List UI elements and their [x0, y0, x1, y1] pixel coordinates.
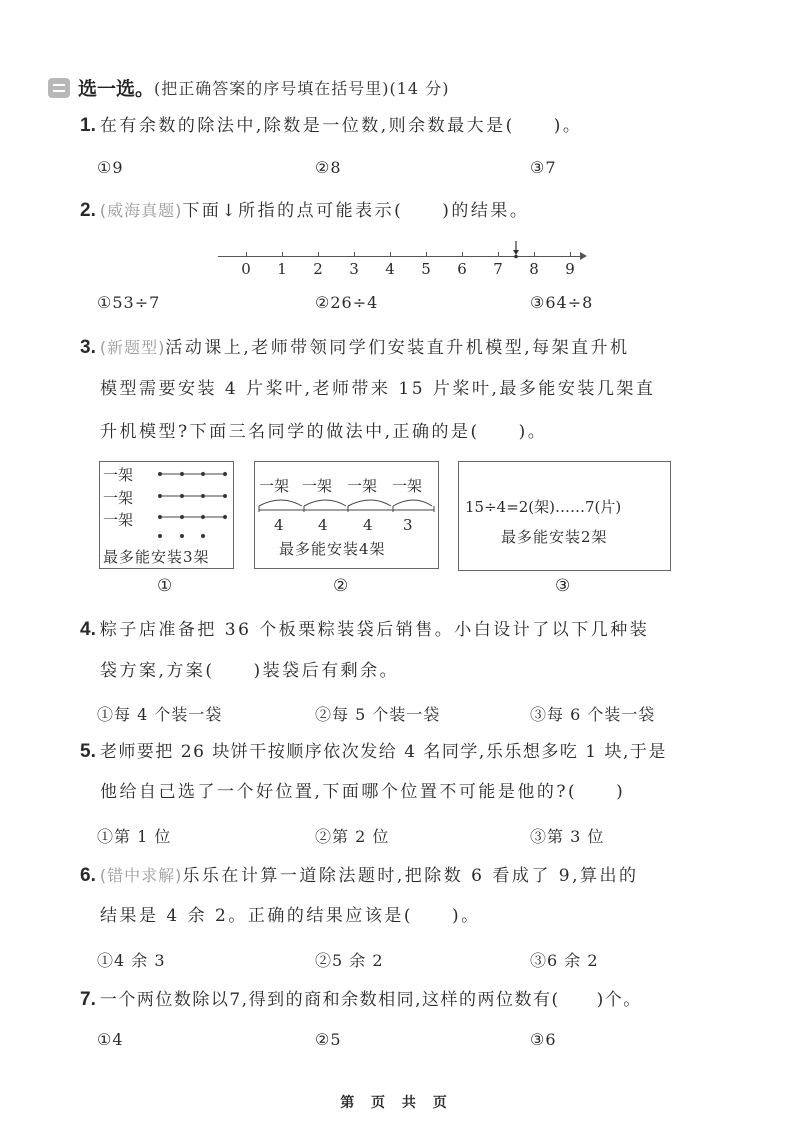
question-text: 老师要把 26 块饼干按顺序依次发给 4 名同学,乐乐想多吃 1 块,于是 [100, 742, 667, 762]
question-text: 在有余数的除法中,除数是一位数,则余数最大是( )。 [100, 116, 583, 136]
tick-label: 3 [344, 260, 364, 278]
group-label: 一架 [392, 475, 422, 496]
section-number-badge [48, 78, 70, 98]
tick [318, 252, 319, 257]
option-1[interactable]: ①每 4 个装一袋 [97, 702, 222, 725]
option-2[interactable]: ②8 [315, 158, 342, 177]
question-text-line: 他给自己选了一个好位置,下面哪个位置不可能是他的?( ) [100, 784, 625, 801]
figure-label[interactable]: ③ [555, 576, 570, 596]
question-text: 粽子店准备把 36 个板栗粽装袋后销售。小白设计了以下几种装 [100, 620, 649, 640]
tick [498, 252, 499, 257]
question-text-line: 模型需要安装 4 片桨叶,老师带来 15 片桨叶,最多能安装几架直 [100, 381, 655, 398]
option-1[interactable]: ①53÷7 [97, 293, 160, 312]
section-header: 选一选。 (把正确答案的序号填在括号里)(14 分) [48, 74, 449, 101]
option-2[interactable]: ②每 5 个装一袋 [315, 702, 440, 725]
group-count: 3 [403, 516, 413, 534]
question-text: 一个两位数除以7,得到的商和余数相同,这样的两位数有( )个。 [100, 990, 642, 1010]
question-number: 3. [80, 337, 96, 358]
option-1[interactable]: ①4 [97, 1030, 124, 1049]
group-count: 4 [318, 516, 328, 534]
question-1: 1.在有余数的除法中,除数是一位数,则余数最大是( )。 [80, 116, 582, 135]
figure-caption: 最多能安装2架 [501, 526, 608, 547]
figure-caption: 最多能安装3架 [103, 546, 210, 567]
question-number: 5. [80, 741, 96, 762]
group-label: 一架 [302, 475, 332, 496]
tick-label: 9 [560, 260, 580, 278]
group-label: 一架 [347, 475, 377, 496]
tick [426, 252, 427, 257]
option-1[interactable]: ①4 余 3 [97, 948, 166, 971]
option-2[interactable]: ②第 2 位 [315, 824, 389, 847]
question-text-line: 升机模型?下面三名同学的做法中,正确的是( )。 [100, 424, 547, 441]
tick [570, 252, 571, 257]
option-3[interactable]: ③6 余 2 [530, 948, 599, 971]
section-instructions: (把正确答案的序号填在括号里)(14 分) [154, 76, 449, 99]
figure-caption: 最多能安装4架 [279, 538, 386, 559]
option-2[interactable]: ②5 余 2 [315, 948, 384, 971]
option-2[interactable]: ②26÷4 [315, 293, 378, 312]
question-number: 2. [80, 200, 96, 221]
section-title: 选一选。 [78, 74, 154, 101]
option-1[interactable]: ①第 1 位 [97, 824, 171, 847]
down-arrow-pointer-icon [510, 240, 522, 260]
option-3[interactable]: ③每 6 个装一袋 [530, 702, 655, 725]
tick-label: 1 [272, 260, 292, 278]
tick [462, 252, 463, 257]
tick-label: 0 [236, 260, 256, 278]
source-tag: (新题型) [100, 338, 166, 357]
question-4: 4.粽子店准备把 36 个板栗粽装袋后销售。小白设计了以下几种装 [80, 620, 649, 639]
tick [282, 252, 283, 257]
source-tag: (威海真题) [100, 201, 183, 220]
source-tag: (错中求解) [100, 866, 183, 885]
grouping-arcs-diagram [256, 496, 436, 516]
option-2[interactable]: ②5 [315, 1030, 342, 1049]
question-2: 2.(威海真题)下面↓所指的点可能表示( )的结果。 [80, 201, 529, 220]
question-7: 7.一个两位数除以7,得到的商和余数相同,这样的两位数有( )个。 [80, 990, 642, 1009]
tick [390, 252, 391, 257]
question-number: 4. [80, 619, 96, 640]
question-text: 活动课上,老师带领同学们安装直升机模型,每架直升机 [165, 338, 629, 358]
option-1[interactable]: ①9 [97, 158, 124, 177]
page-footer: 第 页 共 页 [0, 1092, 793, 1112]
row-label: 一架 [103, 464, 133, 485]
dot-segments-diagram [155, 465, 230, 540]
question-number: 1. [80, 115, 96, 136]
group-count: 4 [363, 516, 373, 534]
question-number: 7. [80, 989, 96, 1010]
tick-label: 4 [380, 260, 400, 278]
question-5: 5.老师要把 26 块饼干按顺序依次发给 4 名同学,乐乐想多吃 1 块,于是 [80, 742, 667, 761]
question-number: 6. [80, 865, 96, 886]
tick-label: 7 [488, 260, 508, 278]
tick-label: 5 [416, 260, 436, 278]
tick [534, 252, 535, 257]
question-text: 下面↓所指的点可能表示( )的结果。 [182, 201, 529, 221]
figure-label[interactable]: ① [157, 576, 172, 596]
question-6: 6.(错中求解)乐乐在计算一道除法题时,把除数 6 看成了 9,算出的 [80, 866, 639, 885]
figure-label[interactable]: ② [333, 576, 348, 596]
number-line [218, 256, 584, 257]
question-3: 3.(新题型)活动课上,老师带领同学们安装直升机模型,每架直升机 [80, 338, 630, 357]
tick [246, 252, 247, 257]
option-3[interactable]: ③7 [530, 158, 557, 177]
number-line-arrowhead-icon [580, 252, 587, 260]
group-label: 一架 [259, 475, 289, 496]
group-count: 4 [274, 516, 284, 534]
tick [354, 252, 355, 257]
tick-label: 2 [308, 260, 328, 278]
option-3[interactable]: ③6 [530, 1030, 557, 1049]
tick-label: 8 [524, 260, 544, 278]
question-text-line: 结果是 4 余 2。正确的结果应该是( )。 [100, 908, 481, 925]
tick-label: 6 [452, 260, 472, 278]
option-3[interactable]: ③64÷8 [530, 293, 593, 312]
row-label: 一架 [103, 487, 133, 508]
division-equation: 15÷4=2(架)……7(片) [465, 496, 621, 517]
question-text-line: 袋方案,方案( )装袋后有剩余。 [100, 663, 399, 680]
question-text: 乐乐在计算一道除法题时,把除数 6 看成了 9,算出的 [182, 866, 638, 886]
option-3[interactable]: ③第 3 位 [530, 824, 604, 847]
row-label: 一架 [103, 509, 133, 530]
